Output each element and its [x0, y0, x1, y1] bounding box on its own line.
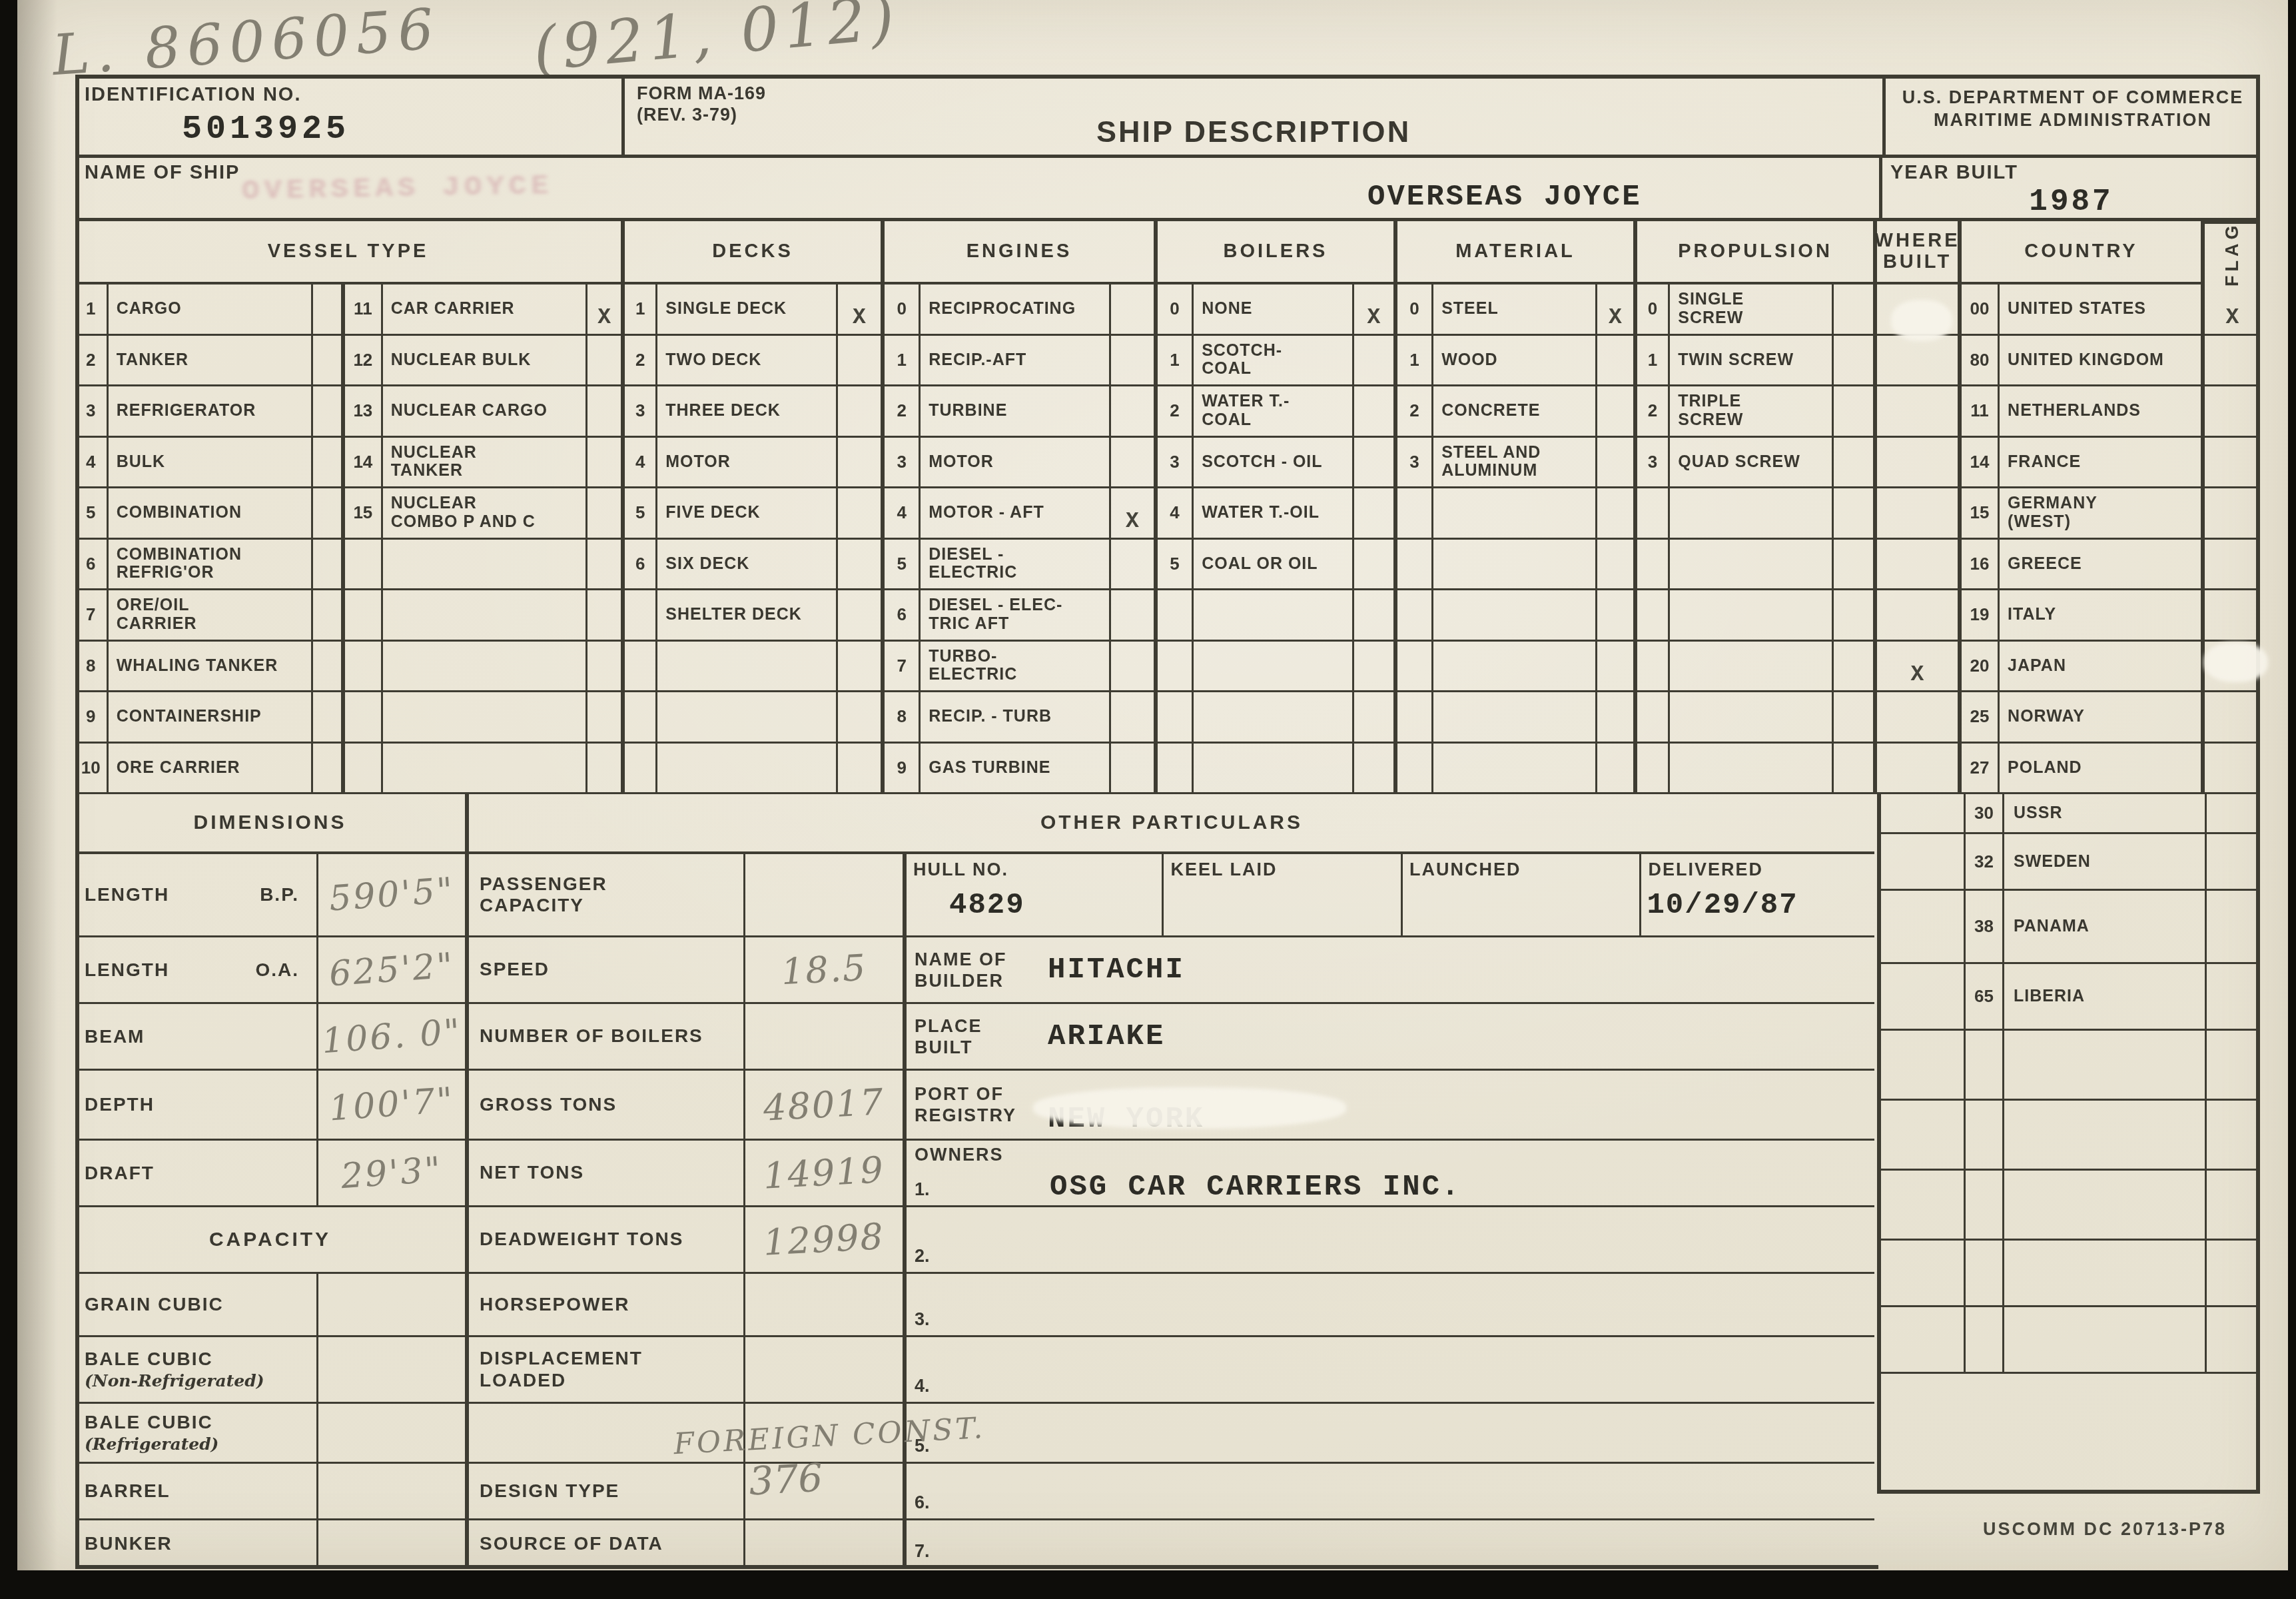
decks-num-cell: 2: [625, 336, 655, 387]
where-built-cell: [1881, 1307, 1966, 1372]
dimension-label: LENGTHB.P.: [75, 854, 318, 935]
dimension-value: 625'2": [318, 937, 465, 1002]
boilers-header: BOILERS: [1158, 221, 1393, 284]
country-name-cell: [2004, 1031, 2207, 1099]
handwritten-value: 48017: [763, 1081, 886, 1129]
stat-value: [745, 1004, 903, 1069]
engines-label-cell: RECIPROCATING: [921, 284, 1109, 336]
vessel-type-num-cell: [345, 744, 381, 795]
vessel-type-mark-cell: [587, 386, 621, 438]
vessel-type-label-cell: [383, 692, 586, 744]
material-mark-cell: [1597, 642, 1633, 693]
stat-value: 18.5: [745, 937, 903, 1002]
engines-section: ENGINES0123456789RECIPROCATINGRECIP.-AFT…: [885, 221, 1158, 794]
vessel-type-num-cell: [345, 540, 381, 591]
owner-number: 3.: [915, 1309, 930, 1330]
decks-column-1: SINGLE DECKTWO DECKTHREE DECKMOTORFIVE D…: [657, 284, 838, 794]
dimensions-header: DIMENSIONS: [75, 794, 465, 854]
boilers-mark-cell: [1354, 336, 1393, 387]
capacity-row: GRAIN CUBIC: [75, 1274, 465, 1337]
boilers-label-cell: NONE: [1194, 284, 1352, 336]
keel-laid-cell: KEEL LAID: [1164, 854, 1403, 935]
country-section: COUNTRY00801114151619202527UNITED STATES…: [1962, 221, 2205, 794]
propulsion-num-cell: [1637, 540, 1668, 591]
particulars-row: 4.: [907, 1337, 1874, 1404]
country-label-cell: NORWAY: [2000, 692, 2201, 744]
year-built-box: YEAR BUILT 1987: [1882, 158, 2260, 218]
vessel-type-num-cell: 2: [75, 336, 107, 387]
cell-label: LAUNCHED: [1409, 859, 1521, 880]
whiteout-patch: [2204, 642, 2268, 682]
vessel-type-label-cell: BULK: [109, 438, 312, 489]
country-num-cell: 20: [1962, 642, 1998, 693]
flag-cell: [2207, 834, 2260, 889]
where-built-mark-cell: [1877, 488, 1958, 540]
stat-value: 48017: [745, 1071, 903, 1139]
vessel-type-num-cell: 15: [345, 488, 381, 540]
year-built-value: 1987: [1882, 185, 2260, 219]
print-code: USCOMM DC 20713-P78: [1983, 1519, 2227, 1540]
material-header: MATERIAL: [1397, 221, 1633, 284]
particulars-row: PLACE BUILTARIAKE: [907, 1004, 1874, 1071]
stat-label: HORSEPOWER: [469, 1274, 745, 1335]
country-code-cell: 38: [1966, 891, 2004, 962]
propulsion-label-cell: [1670, 540, 1832, 591]
owner-number: 2.: [915, 1246, 930, 1267]
boilers-label-cell: COAL OR OIL: [1194, 540, 1352, 591]
dimension-label-text: LENGTH: [85, 959, 169, 981]
decks-label-cell: [657, 692, 836, 744]
handwritten-value: 29'3": [340, 1149, 444, 1196]
boilers-mark-cell: [1354, 590, 1393, 642]
propulsion-mark-cell: [1834, 336, 1873, 387]
propulsion-mark-cell: [1834, 488, 1873, 540]
country-num-cell: 25: [1962, 692, 1998, 744]
flag-cell: [2207, 1307, 2260, 1372]
vessel-type-num-cell: 12: [345, 336, 381, 387]
particulars-row: 6.: [907, 1464, 1874, 1520]
material-mark-cell: [1597, 744, 1633, 795]
capacity-label-text: BALE CUBIC: [85, 1348, 213, 1370]
where-built-column-0: X: [1877, 284, 1958, 794]
stat-label: NET TONS: [469, 1141, 745, 1205]
boilers-num-cell: 0: [1158, 284, 1192, 336]
decks-label-cell: [657, 744, 836, 795]
stat-label: DISPLACEMENT LOADED: [469, 1337, 745, 1402]
propulsion-num-cell: [1637, 488, 1668, 540]
capacity-label-text: BALE CUBIC: [85, 1412, 213, 1433]
year-built-label: YEAR BUILT: [1890, 162, 2018, 184]
engines-num-cell: 7: [885, 642, 919, 693]
where-built-mark-cell: [1877, 692, 1958, 744]
capacity-label-text: GRAIN CUBIC: [85, 1294, 224, 1315]
particulars-row: NAME OF BUILDERHITACHI: [907, 937, 1874, 1004]
country-name-cell: [2004, 1171, 2207, 1239]
owner-number: 6.: [915, 1492, 930, 1513]
boilers-mark-cell: [1354, 692, 1393, 744]
boilers-num-cell: 4: [1158, 488, 1192, 540]
vessel-type-mark-cell: [313, 284, 341, 336]
dimension-value: 106. 0": [318, 1004, 465, 1069]
typed-value: ARIAKE: [1048, 1020, 1165, 1053]
dimension-row: DRAFT29'3": [75, 1141, 465, 1207]
stat-row: NUMBER OF BOILERS: [469, 1004, 903, 1071]
stat-value: [745, 1520, 903, 1567]
propulsion-num-cell: 2: [1637, 386, 1668, 438]
material-label-cell: WOOD: [1433, 336, 1595, 387]
country-extra-row: [1881, 1307, 2260, 1374]
engines-label-cell: DIESEL - ELECTRIC: [921, 540, 1109, 591]
capacity-label: BALE CUBIC(Refrigerated): [75, 1404, 318, 1462]
boilers-column-2: X: [1354, 284, 1393, 794]
country-name-cell: USSR: [2004, 794, 2207, 832]
boilers-num-cell: [1158, 590, 1192, 642]
flag-mark-cell: [2205, 336, 2260, 387]
particulars-row: HULL NO.4829KEEL LAIDLAUNCHEDDELIVERED10…: [907, 854, 1874, 937]
propulsion-label-cell: SINGLE SCREW: [1670, 284, 1832, 336]
engines-mark-cell: [1111, 692, 1154, 744]
vessel-type-label-cell: NUCLEAR CARGO: [383, 386, 586, 438]
boilers-mark-cell: [1354, 488, 1393, 540]
header-strip: IDENTIFICATION NO. 5013925 FORM MA-169 (…: [75, 75, 2260, 158]
owner-number: 4.: [915, 1376, 930, 1396]
engines-label-cell: RECIP.-AFT: [921, 336, 1109, 387]
engines-mark-cell: [1111, 336, 1154, 387]
capacity-label-text: BARREL: [85, 1480, 171, 1502]
vessel-type-num-cell: 6: [75, 540, 107, 591]
vessel-type-label-cell: NUCLEAR TANKER: [383, 438, 586, 489]
where-built-mark-cell: [1877, 438, 1958, 489]
flag-mark-cell: [2205, 744, 2260, 795]
propulsion-label-cell: [1670, 744, 1832, 795]
hull-no--cell: HULL NO.4829: [907, 854, 1164, 935]
boilers-mark-cell: [1354, 438, 1393, 489]
engines-mark-cell: [1111, 744, 1154, 795]
country-extra-row: 38PANAMA: [1881, 891, 2260, 964]
name-of-ship-row: NAME OF SHIP OVERSEAS JOYCE OVERSEAS JOY…: [75, 158, 2260, 221]
propulsion-mark-cell: [1834, 692, 1873, 744]
capacity-row: BUNKER: [75, 1520, 465, 1569]
department-line1: U.S. DEPARTMENT OF COMMERCE: [1886, 87, 2260, 109]
boilers-label-cell: SCOTCH - OIL: [1194, 438, 1352, 489]
decks-num-cell: [625, 744, 655, 795]
flag-section: FLAGX: [2205, 221, 2260, 794]
stat-row: GROSS TONS48017: [469, 1071, 903, 1141]
where-built-cell: [1881, 1101, 1966, 1169]
country-column-1: UNITED STATESUNITED KINGDOMNETHERLANDSFR…: [2000, 284, 2201, 794]
engines-column-1: RECIPROCATINGRECIP.-AFTTURBINEMOTORMOTOR…: [921, 284, 1111, 794]
where-built-cell: [1881, 1241, 1966, 1305]
decks-x-mark: X: [838, 284, 881, 336]
propulsion-num-cell: 1: [1637, 336, 1668, 387]
country-num-cell: 00: [1962, 284, 1998, 336]
stat-row: SPEED18.5: [469, 937, 903, 1004]
propulsion-mark-cell: [1834, 590, 1873, 642]
country-code-cell: [1966, 1101, 2004, 1169]
country-extra-row: 65LIBERIA: [1881, 964, 2260, 1031]
decks-num-cell: [625, 590, 655, 642]
material-label-cell: [1433, 488, 1595, 540]
engines-num-cell: 0: [885, 284, 919, 336]
boilers-mark-cell: [1354, 744, 1393, 795]
boilers-mark-cell: [1354, 386, 1393, 438]
decks-label-cell: [657, 642, 836, 693]
material-label-cell: [1433, 744, 1595, 795]
dimension-row: LENGTHB.P.590'5": [75, 854, 465, 937]
decks-header: DECKS: [625, 221, 881, 284]
propulsion-label-cell: [1670, 488, 1832, 540]
material-x-mark: X: [1597, 284, 1633, 336]
material-column-1: STEELWOODCONCRETESTEEL AND ALUMINUM: [1433, 284, 1597, 794]
particulars-row: 5.: [907, 1404, 1874, 1464]
country-column-0: 00801114151619202527: [1962, 284, 2000, 794]
vessel-type-label-cell: WHALING TANKER: [109, 642, 312, 693]
dimension-label: DEPTH: [75, 1071, 318, 1139]
vessel-type-label-cell: COMBINATION: [109, 488, 312, 540]
handwritten-value: 625'2": [328, 945, 456, 994]
material-num-cell: [1397, 590, 1431, 642]
stat-label: NUMBER OF BOILERS: [469, 1004, 745, 1069]
country-label-cell: POLAND: [2000, 744, 2201, 795]
material-num-cell: 0: [1397, 284, 1431, 336]
material-column-2: X: [1597, 284, 1633, 794]
vessel-type-column-1: CARGOTANKERREFRIGERATORBULKCOMBINATIONCO…: [109, 284, 314, 794]
vessel-type-mark-cell: [587, 692, 621, 744]
country-code-cell: [1966, 1171, 2004, 1239]
material-num-cell: [1397, 744, 1431, 795]
owner-number: 1.: [915, 1179, 930, 1200]
decks-num-cell: 5: [625, 488, 655, 540]
where-built-mark-cell: [1877, 590, 1958, 642]
propulsion-num-cell: 0: [1637, 284, 1668, 336]
where-built-cell: [1881, 834, 1966, 889]
boilers-num-cell: 5: [1158, 540, 1192, 591]
cell-label: PORT OF REGISTRY: [915, 1083, 1016, 1127]
handwritten-value: 100'7": [328, 1080, 456, 1129]
boilers-mark-cell: [1354, 540, 1393, 591]
vessel-type-mark-cell: [313, 540, 341, 591]
engines-num-cell: 5: [885, 540, 919, 591]
country-code-cell: [1966, 1307, 2004, 1372]
country-num-cell: 80: [1962, 336, 1998, 387]
engines-num-cell: 1: [885, 336, 919, 387]
decks-label-cell: THREE DECK: [657, 386, 836, 438]
where-built-mark-cell: [1877, 744, 1958, 795]
page-title: SHIP DESCRIPTION: [625, 115, 1882, 149]
country-code-cell: 30: [1966, 794, 2004, 832]
dimension-row: DEPTH100'7": [75, 1071, 465, 1141]
decks-mark-cell: [838, 488, 881, 540]
vessel-type-num-cell: [345, 692, 381, 744]
propulsion-label-cell: [1670, 590, 1832, 642]
engines-mark-cell: [1111, 386, 1154, 438]
particulars-row: OWNERS1.OSG CAR CARRIERS INC.: [907, 1141, 1874, 1207]
material-num-cell: [1397, 488, 1431, 540]
ship-description-form: IDENTIFICATION NO. 5013925 FORM MA-169 (…: [75, 75, 2260, 1569]
material-label-cell: [1433, 590, 1595, 642]
boilers-label-cell: WATER T.-OIL: [1194, 488, 1352, 540]
stat-row: NET TONS14919: [469, 1141, 903, 1207]
country-label-cell: GERMANY (WEST): [2000, 488, 2201, 540]
material-label-cell: [1433, 540, 1595, 591]
propulsion-mark-cell: [1834, 642, 1873, 693]
capacity-value: [318, 1404, 465, 1462]
country-extra-row: 32SWEDEN: [1881, 834, 2260, 891]
flag-cell: [2207, 891, 2260, 962]
propulsion-mark-cell: [1834, 744, 1873, 795]
vessel-type-mark-cell: [587, 642, 621, 693]
material-num-cell: 3: [1397, 438, 1431, 489]
vessel-type-mark-cell: [313, 488, 341, 540]
flag-header: FLAG: [2205, 221, 2260, 284]
engines-num-cell: 2: [885, 386, 919, 438]
dimension-sublabel: O.A.: [255, 959, 299, 981]
engines-label-cell: MOTOR - AFT: [921, 488, 1109, 540]
country-name-cell: [2004, 1241, 2207, 1305]
propulsion-header: PROPULSION: [1637, 221, 1873, 284]
vessel-type-mark-cell: [313, 590, 341, 642]
typed-value: 4829: [949, 889, 1025, 922]
flag-mark-cell: [2205, 438, 2260, 489]
stat-row: DEADWEIGHT TONS12998: [469, 1207, 903, 1274]
material-mark-cell: [1597, 540, 1633, 591]
propulsion-num-cell: [1637, 642, 1668, 693]
country-extra-row: [1881, 1031, 2260, 1101]
flag-cell: [2207, 1101, 2260, 1169]
country-label-cell: GREECE: [2000, 540, 2201, 591]
vessel-type-label-cell: CAR CARRIER: [383, 284, 586, 336]
vessel-type-label-cell: TANKER: [109, 336, 312, 387]
where-built-cell: [1881, 891, 1966, 962]
handwritten-value: 14919: [763, 1149, 886, 1197]
material-mark-cell: [1597, 488, 1633, 540]
boilers-column-0: 012345: [1158, 284, 1194, 794]
engines-num-cell: 3: [885, 438, 919, 489]
decks-label-cell: MOTOR: [657, 438, 836, 489]
vessel-type-label-cell: [383, 540, 586, 591]
typed-value: OSG CAR CARRIERS INC.: [1050, 1171, 1461, 1204]
material-label-cell: STEEL: [1433, 284, 1595, 336]
flag-cell: [2207, 1171, 2260, 1239]
stat-value: [745, 1337, 903, 1402]
vessel-type-mark-cell: [587, 438, 621, 489]
material-mark-cell: [1597, 692, 1633, 744]
boilers-num-cell: 1: [1158, 336, 1192, 387]
country-name-cell: PANAMA: [2004, 891, 2207, 962]
dimension-label: LENGTHO.A.: [75, 937, 318, 1002]
decks-column-0: 123456: [625, 284, 657, 794]
country-label-cell: JAPAN: [2000, 642, 2201, 693]
vessel-type-mark-cell: [587, 488, 621, 540]
material-num-cell: 1: [1397, 336, 1431, 387]
cell-label: HULL NO.: [913, 859, 1008, 880]
boilers-num-cell: [1158, 642, 1192, 693]
handwritten-value: 106. 0": [320, 1011, 463, 1061]
engines-mark-cell: [1111, 642, 1154, 693]
vessel-type-num-cell: 9: [75, 692, 107, 744]
vessel-type-mark-cell: [587, 590, 621, 642]
flag-mark-cell: [2205, 386, 2260, 438]
flag-cell: [2207, 794, 2260, 832]
capacity-label: BUNKER: [75, 1520, 318, 1567]
country-extra-row: [1881, 1241, 2260, 1307]
handwritten-value: 12998: [763, 1215, 886, 1263]
engines-column-0: 0123456789: [885, 284, 921, 794]
vessel-type-label-cell: [383, 744, 586, 795]
country-name-cell: SWEDEN: [2004, 834, 2207, 889]
department-line2: MARITIME ADMINISTRATION: [1886, 109, 2260, 132]
engines-num-cell: 6: [885, 590, 919, 642]
country-header: COUNTRY: [1962, 221, 2201, 284]
country-code-cell: [1966, 1031, 2004, 1099]
boilers-label-cell: [1194, 642, 1352, 693]
propulsion-section: PROPULSION0123SINGLE SCREWTWIN SCREWTRIP…: [1637, 221, 1877, 794]
engines-mark-cell: [1111, 284, 1154, 336]
country-label-cell: UNITED STATES: [2000, 284, 2201, 336]
where-built-mark-cell: [1877, 336, 1958, 387]
particulars-section: HULL NO.4829KEEL LAIDLAUNCHEDDELIVERED10…: [903, 854, 1874, 1569]
where-built-cell: [1881, 964, 1966, 1029]
propulsion-column-2: [1834, 284, 1873, 794]
material-num-cell: [1397, 540, 1431, 591]
vessel-type-column-3: 1112131415: [343, 284, 383, 794]
capacity-label-note: (Non-Refrigerated): [85, 1371, 264, 1390]
decks-mark-cell: [838, 438, 881, 489]
stat-label: DEADWEIGHT TONS: [469, 1207, 745, 1272]
design-type-note: FOREIGN CONST. 376: [673, 1411, 988, 1508]
vessel-type-label-cell: COMBINATION REFRIG'OR: [109, 540, 312, 591]
decks-label-cell: TWO DECK: [657, 336, 836, 387]
stat-label: SPEED: [469, 937, 745, 1002]
cell-label: DELIVERED: [1648, 859, 1763, 880]
cell-label: KEEL LAID: [1170, 859, 1277, 880]
typed-value: HITACHI: [1048, 953, 1185, 987]
vessel-type-mark-cell: [587, 540, 621, 591]
capacity-label-text: BUNKER: [85, 1533, 173, 1554]
vessel-type-label-cell: [383, 590, 586, 642]
engines-label-cell: DIESEL - ELEC- TRIC AFT: [921, 590, 1109, 642]
empty-box: [1881, 1374, 2260, 1494]
department-box: U.S. DEPARTMENT OF COMMERCE MARITIME ADM…: [1882, 79, 2260, 155]
decks-label-cell: SHELTER DECK: [657, 590, 836, 642]
engines-label-cell: MOTOR: [921, 438, 1109, 489]
dimension-value: 590'5": [318, 854, 465, 935]
country-num-cell: 16: [1962, 540, 1998, 591]
vessel-type-label-cell: NUCLEAR COMBO P AND C: [383, 488, 586, 540]
propulsion-num-cell: 3: [1637, 438, 1668, 489]
material-mark-cell: [1597, 386, 1633, 438]
country-label-cell: NETHERLANDS: [2000, 386, 2201, 438]
country-num-cell: 19: [1962, 590, 1998, 642]
vessel-type-x-mark: X: [587, 284, 621, 336]
engines-x-mark: X: [1111, 488, 1154, 540]
decks-num-cell: [625, 642, 655, 693]
form-title-box: FORM MA-169 (REV. 3-79) SHIP DESCRIPTION: [625, 79, 1882, 155]
vessel-type-num-cell: 8: [75, 642, 107, 693]
where-built-mark-cell: [1877, 386, 1958, 438]
country-num-cell: 27: [1962, 744, 1998, 795]
stat-value: 14919: [745, 1141, 903, 1205]
where-built-x-mark: X: [1877, 642, 1958, 693]
decks-label-cell: SIX DECK: [657, 540, 836, 591]
propulsion-num-cell: [1637, 744, 1668, 795]
capacity-row: BARREL: [75, 1464, 465, 1520]
name-of-ship-box: NAME OF SHIP OVERSEAS JOYCE OVERSEAS JOY…: [75, 158, 1882, 218]
flag-mark-cell: [2205, 488, 2260, 540]
stat-label: PASSENGER CAPACITY: [469, 854, 745, 935]
vessel-type-num-cell: 4: [75, 438, 107, 489]
engines-mark-cell: [1111, 590, 1154, 642]
